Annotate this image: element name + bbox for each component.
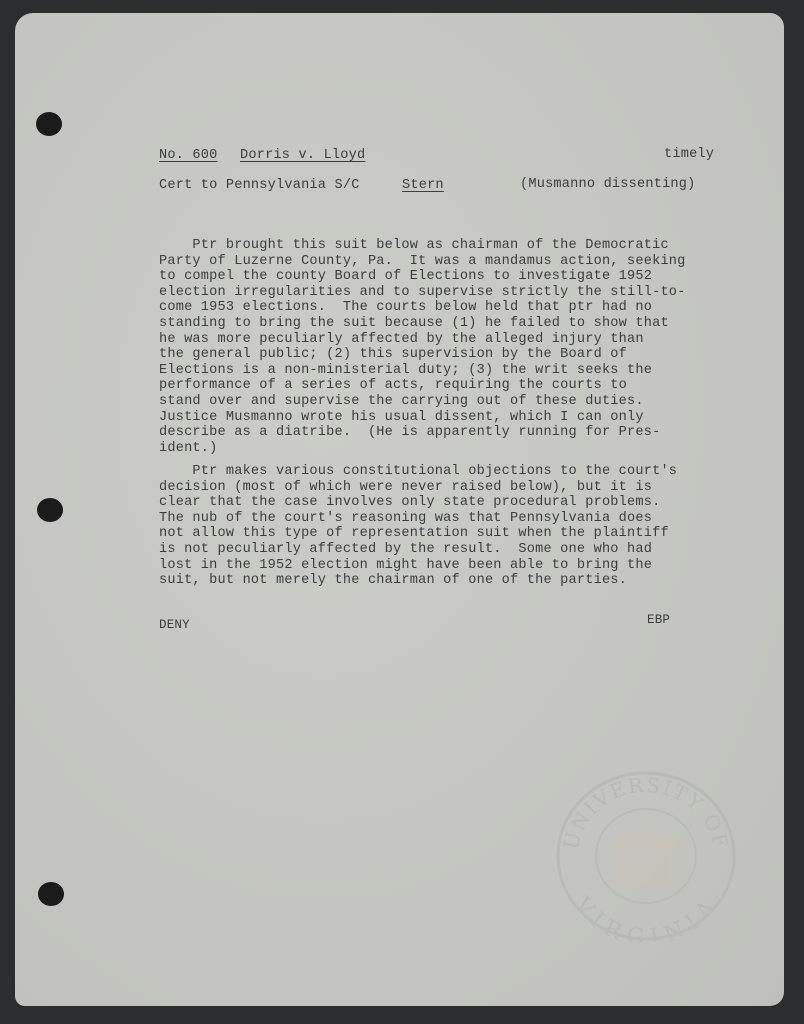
punch-hole	[37, 498, 63, 522]
clerk-name: Stern	[402, 178, 444, 194]
initials: EBP	[647, 613, 670, 629]
status-timely: timely	[664, 147, 714, 163]
punch-hole	[36, 112, 62, 136]
memo-paragraph-2: Ptr makes various constitutional objecti…	[159, 464, 677, 589]
punch-hole	[38, 882, 64, 906]
document-page: No. 600 Dorris v. Lloyd timely Cert to P…	[15, 13, 784, 1006]
university-seal-watermark: UNIVERSITY OF VIRGINIA	[555, 770, 737, 942]
memo-paragraph-1: Ptr brought this suit below as chairman …	[159, 238, 686, 456]
recommendation: DENY	[159, 618, 190, 634]
case-number: No. 600	[159, 148, 218, 164]
case-name: Dorris v. Lloyd	[240, 148, 365, 164]
dissent-note: (Musmanno dissenting)	[520, 177, 696, 193]
cert-line: Cert to Pennsylvania S/C	[159, 178, 360, 194]
svg-text:VIRGINIA: VIRGINIA	[569, 892, 723, 942]
